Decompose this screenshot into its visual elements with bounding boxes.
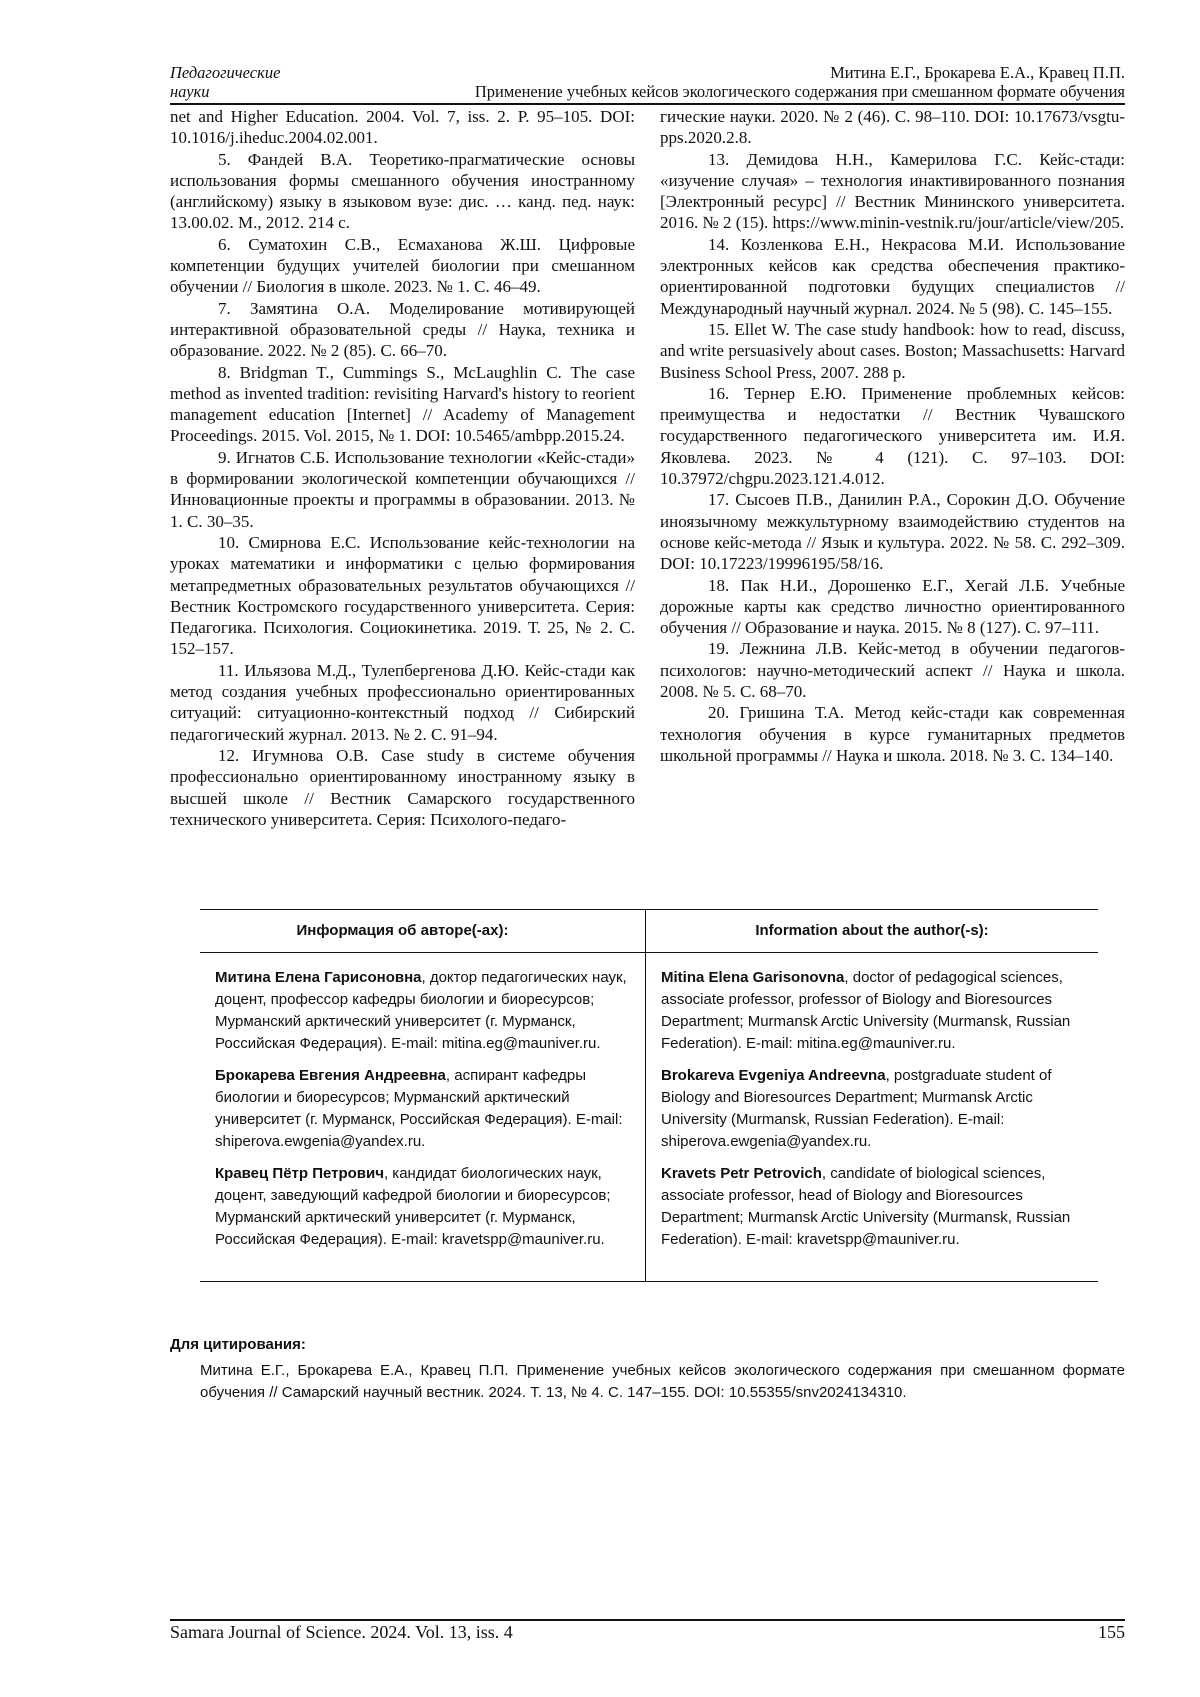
author-entry: Brokareva Evgeniya Andreevna, postgradua… [661,1065,1086,1153]
author-name: Kravets Petr Petrovich [661,1165,822,1182]
reference-item: 7. Замятина О.А. Моделирование мотивирую… [170,298,635,362]
reference-item: net and Higher Education. 2004. Vol. 7, … [170,106,635,149]
section-label: Педагогические науки [170,63,280,101]
author-entry: Митина Елена Гарисоновна, доктор педагог… [215,967,633,1055]
header-right: Митина Е.Г., Брокарева Е.А., Кравец П.П.… [475,63,1125,101]
footer-divider [170,1619,1125,1621]
author-info-en-column: Mitina Elena Garisonovna, doctor of peda… [646,953,1099,1282]
author-name: Митина Елена Гарисоновна [215,969,421,986]
author-name: Brokareva Evgeniya Andreevna [661,1067,886,1084]
author-name: Брокарева Евгения Андреевна [215,1067,446,1084]
reference-item: гические науки. 2020. № 2 (46). С. 98–11… [660,106,1125,149]
reference-item: 9. Игнатов С.Б. Использование технологии… [170,447,635,532]
header-divider [170,103,1125,105]
citation-text: Митина Е.Г., Брокарева Е.А., Кравец П.П.… [200,1360,1125,1404]
author-name: Mitina Elena Garisonovna [661,969,844,986]
reference-item: 16. Тернер Е.Ю. Применение проблемных ке… [660,383,1125,489]
references-right-column: гические науки. 2020. № 2 (46). С. 98–11… [660,106,1125,766]
header-authors: Митина Е.Г., Брокарева Е.А., Кравец П.П. [475,63,1125,82]
section-label-line1: Педагогические [170,63,280,82]
page-number: 155 [1098,1622,1125,1643]
reference-item: 14. Козленкова Е.Н., Некрасова М.И. Испо… [660,234,1125,319]
author-entry: Kravets Petr Petrovich, candidate of bio… [661,1163,1086,1251]
author-entry: Кравец Пётр Петрович, кандидат биологиче… [215,1163,633,1251]
reference-item: 8. Bridgman T., Cummings S., McLaughlin … [170,362,635,447]
reference-item: 10. Смирнова Е.С. Использование кейс-тех… [170,532,635,660]
section-label-line2: науки [170,82,280,101]
author-entry: Mitina Elena Garisonovna, doctor of peda… [661,967,1086,1055]
running-header: Педагогические науки Митина Е.Г., Брокар… [170,63,1125,105]
reference-item: 12. Игумнова О.В. Case study в системе о… [170,745,635,830]
header-article-title: Применение учебных кейсов экологического… [475,82,1125,101]
footer-journal: Samara Journal of Science. 2024. Vol. 13… [170,1622,513,1643]
author-info-ru-column: Митина Елена Гарисоновна, доктор педагог… [200,953,646,1282]
citation-heading: Для цитирования: [170,1336,306,1353]
reference-item: 15. Ellet W. The case study handbook: ho… [660,319,1125,383]
reference-item: 6. Суматохин С.В., Есмаханова Ж.Ш. Цифро… [170,234,635,298]
references-left-column: net and Higher Education. 2004. Vol. 7, … [170,106,635,830]
author-entry: Брокарева Евгения Андреевна, аспирант ка… [215,1065,633,1153]
reference-item: 19. Лежнина Л.В. Кейс-метод в обучении п… [660,638,1125,702]
reference-item: 5. Фандей В.А. Теоретико-прагматические … [170,149,635,234]
author-info-heading-en: Information about the author(-s): [646,910,1099,953]
journal-page: Педагогические науки Митина Е.Г., Брокар… [0,0,1200,1697]
author-info-table: Информация об авторе(-ах): Information a… [200,909,1098,1282]
reference-item: 17. Сысоев П.В., Данилин Р.А., Сорокин Д… [660,489,1125,574]
author-name: Кравец Пётр Петрович [215,1165,384,1182]
reference-item: 13. Демидова Н.Н., Камерилова Г.С. Кейс-… [660,149,1125,234]
author-info-heading-ru: Информация об авторе(-ах): [200,910,646,953]
reference-item: 18. Пак Н.И., Дорошенко Е.Г., Хегай Л.Б.… [660,575,1125,639]
reference-item: 20. Гришина Т.А. Метод кейс-стади как со… [660,702,1125,766]
reference-item: 11. Ильязова М.Д., Тулепбергенова Д.Ю. К… [170,660,635,745]
